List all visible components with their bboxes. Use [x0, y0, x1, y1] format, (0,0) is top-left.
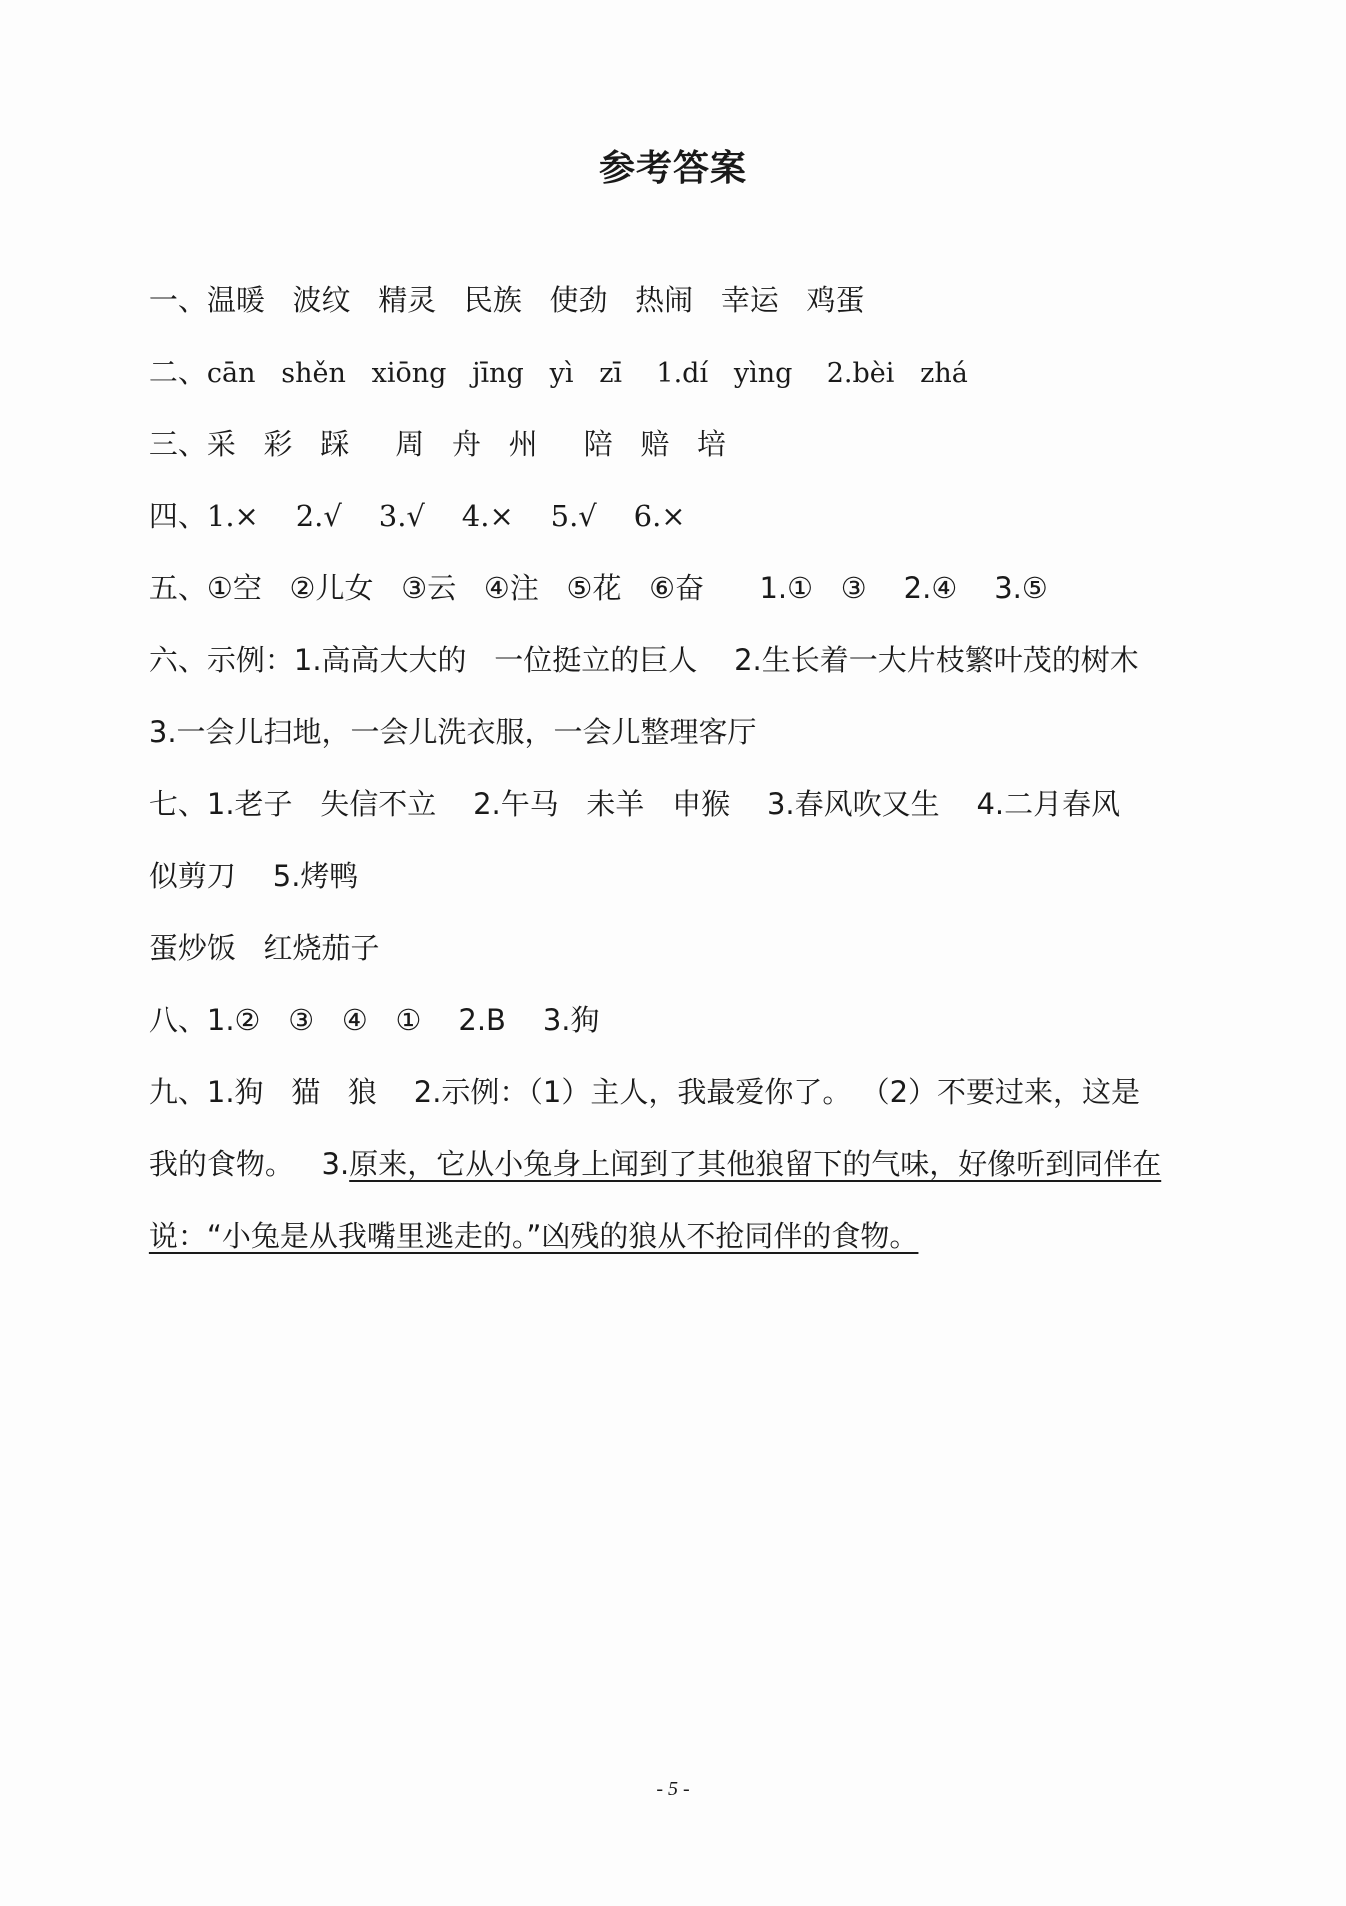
- answer-q9-continued-2: 说：“小兔是从我嘴里逃走的。”凶残的狼从不抢同伴的食物。: [112, 1176, 918, 1296]
- page-number: - 5 -: [0, 1778, 1346, 1801]
- page-title: 参考答案: [0, 140, 1346, 191]
- q9-line3-underlined: 说：“小兔是从我嘴里逃走的。”凶残的狼从不抢同伴的食物。: [149, 1216, 919, 1256]
- answer-key-page: 参考答案 一、温暖 波纹 精灵 民族 使劲 热闹 幸运 鸡蛋 二、cān shě…: [0, 0, 1346, 1906]
